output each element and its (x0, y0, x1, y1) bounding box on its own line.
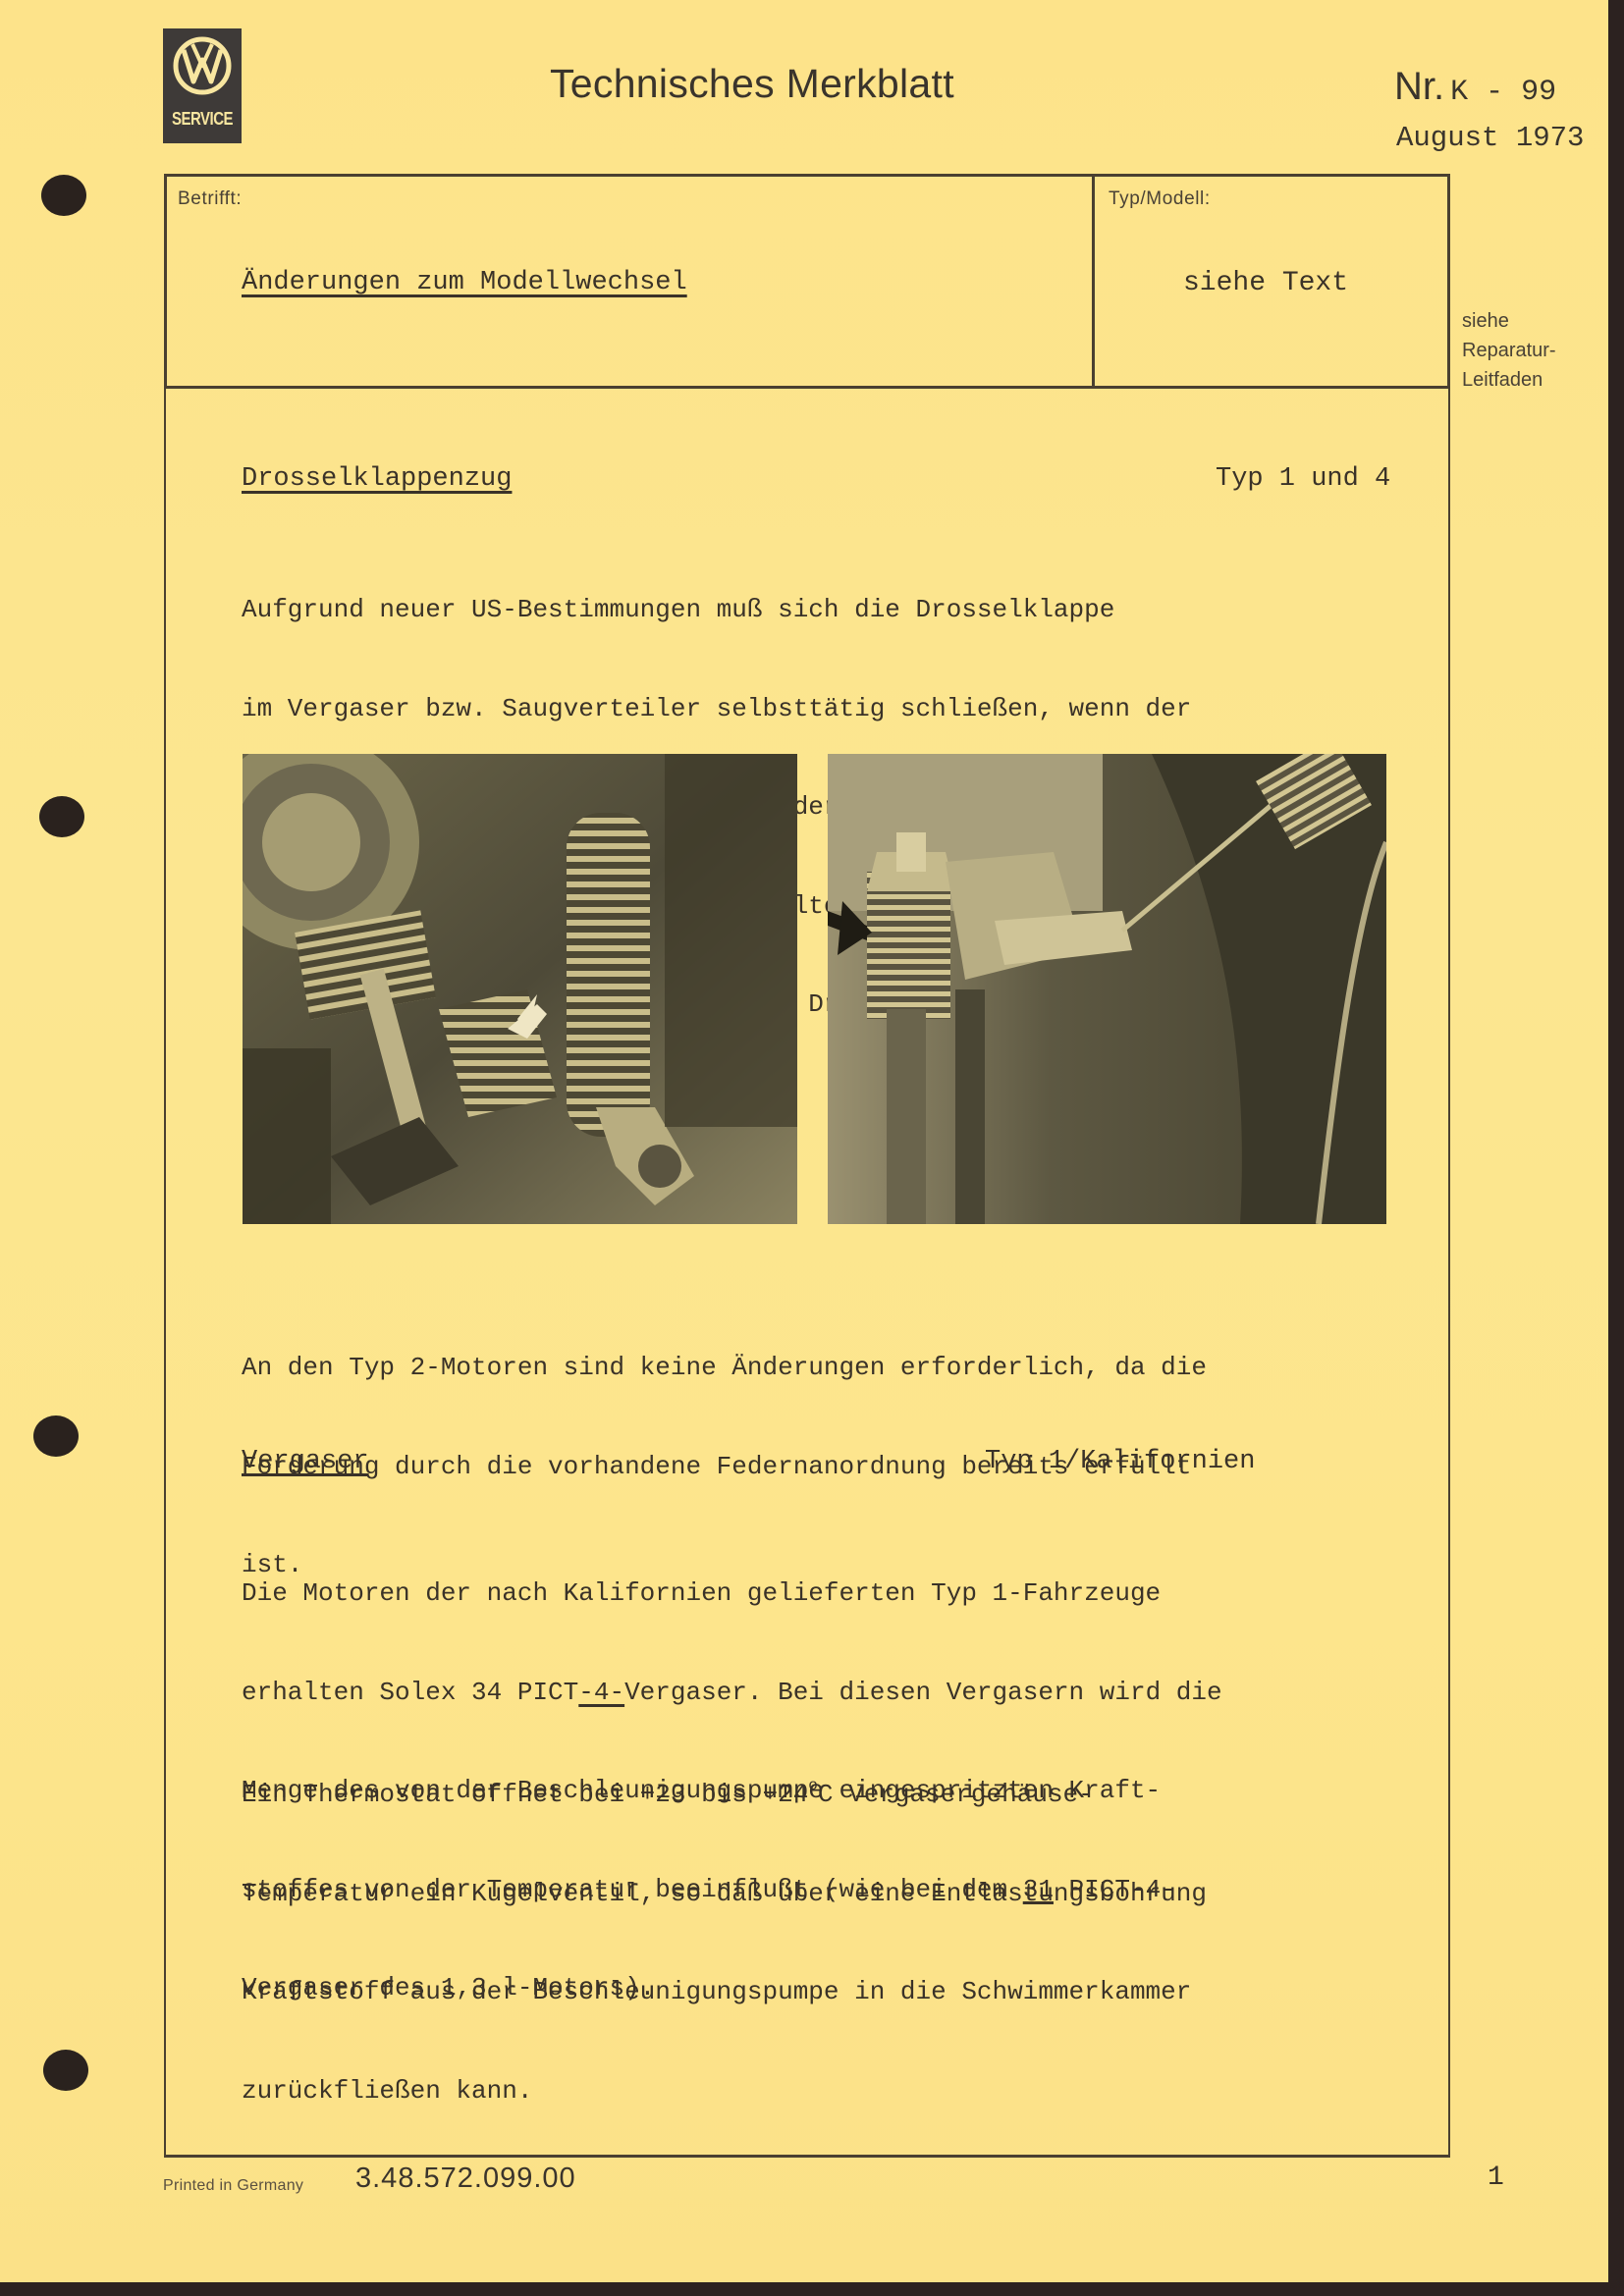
printed-in-germany: Printed in Germany (163, 2177, 303, 2195)
typ-modell-value: siehe Text (1183, 268, 1348, 298)
frame-left (164, 389, 166, 2156)
vw-service-logo: SERVICE (163, 28, 242, 143)
number-label: Nr. (1394, 65, 1444, 108)
degree-sign: o (808, 1777, 818, 1794)
text-line: Kraftstoff aus der Beschleunigungspumpe … (242, 1976, 1207, 2009)
text-line: An den Typ 2-Motoren sind keine Änderung… (242, 1352, 1207, 1385)
text-line: zurückfließen kann. (242, 2075, 1207, 2109)
text-span: Vergaser. Bei diesen Vergasern wird die (624, 1678, 1222, 1707)
punch-hole (33, 1415, 79, 1457)
punch-hole (39, 796, 84, 837)
photo-throttle-spring-left (243, 754, 797, 1224)
betrifft-label: Betrifft: (178, 188, 242, 210)
text-line: Temperatur ein Kugelventil, so daß über … (242, 1878, 1207, 1911)
photo-throttle-spring-right (828, 754, 1386, 1224)
subject-box-divider (1092, 174, 1095, 389)
text-span: erhalten Solex 34 PICT (242, 1678, 578, 1707)
punch-hole (43, 2050, 88, 2091)
logo-service-label: SERVICE (163, 109, 242, 130)
side-note-line: Leitfaden (1462, 365, 1556, 395)
document-date: August 1973 (1396, 122, 1584, 154)
text-span: C Vergasergehäuse- (818, 1780, 1094, 1809)
text-span: Ein Thermostat öffnet bei +23 bis +24 (242, 1780, 808, 1809)
typ-modell-label: Typ/Modell: (1109, 188, 1211, 210)
side-note-line: siehe (1462, 306, 1556, 336)
section-paragraph: Ein Thermostat öffnet bei +23 bis +24oC … (242, 1704, 1207, 2173)
text-line: Die Motoren der nach Kalifornien geliefe… (242, 1577, 1222, 1611)
vw-logo-icon (173, 36, 232, 95)
document-title: Technisches Merkblatt (550, 61, 954, 107)
frame-right (1448, 389, 1450, 2156)
punch-hole (41, 175, 86, 216)
betrifft-value: Änderungen zum Modellwechsel (242, 268, 687, 297)
text-line: im Vergaser bzw. Saugverteiler selbsttät… (242, 693, 1191, 726)
text-line: Aufgrund neuer US-Bestimmungen muß sich … (242, 594, 1191, 627)
section-applies-to: Typ 1 und 4 (1216, 464, 1390, 494)
side-note: siehe Reparatur- Leitfaden (1462, 306, 1556, 395)
text-line: Ein Thermostat öffnet bei +23 bis +24oC … (242, 1770, 1207, 1812)
section-heading-drosselklappenzug: Drosselklappenzug (242, 464, 512, 494)
document-number: Nr.K - 99 (1394, 65, 1556, 109)
document-page: SERVICE Technisches Merkblatt Nr.K - 99 … (0, 0, 1608, 2282)
section-applies-to: Typ 1/Kalifornien (985, 1447, 1255, 1476)
part-number: 3.48.572.099.00 (355, 2163, 576, 2195)
page-number: 1 (1488, 2163, 1504, 2193)
section-heading-vergaser: Vergaser (242, 1447, 369, 1476)
underlined-text: -4- (578, 1678, 624, 1707)
number-value: K - 99 (1450, 76, 1556, 109)
side-note-line: Reparatur- (1462, 336, 1556, 365)
